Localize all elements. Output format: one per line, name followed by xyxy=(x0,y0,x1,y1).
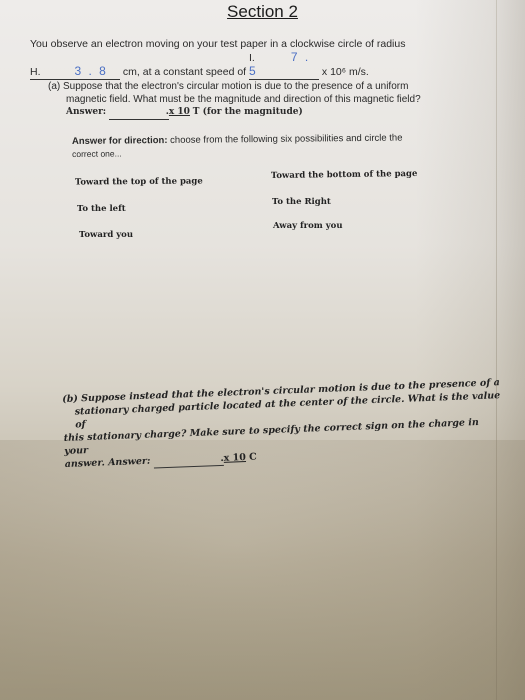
direction-instructions: Answer for direction: choose from the fo… xyxy=(72,131,452,159)
option-right[interactable]: To the Right xyxy=(272,197,331,207)
charge-unit: C xyxy=(249,452,257,463)
part-b-answer-label: answer. Answer: xyxy=(65,456,151,470)
section-title: Section 2 xyxy=(0,2,525,22)
radius-field[interactable]: H.3 . 8 xyxy=(30,65,120,80)
part-a-answer-row: Answer: .x 10 T (for the magnitude) xyxy=(48,106,468,120)
charge-answer-field[interactable]: . xyxy=(153,452,223,469)
direction-text: choose from the following six possibilit… xyxy=(167,133,402,146)
option-toward-top[interactable]: Toward the top of the page xyxy=(75,176,203,187)
answer-label: Answer: xyxy=(66,107,106,117)
speed-value: 7 . 5 xyxy=(249,50,310,78)
radius-label: H. xyxy=(30,66,41,78)
part-a-line1: (a) Suppose that the electron's circular… xyxy=(48,81,468,94)
option-toward-bottom[interactable]: Toward the bottom of the page xyxy=(271,169,417,181)
speed-field[interactable]: I.7 . 5 xyxy=(249,51,319,80)
option-away-from-you[interactable]: Away from you xyxy=(273,221,343,231)
intro-line1: You observe an electron moving on your t… xyxy=(30,38,470,51)
magnitude-answer-field[interactable]: . xyxy=(109,106,169,120)
paper-shadow-bottom xyxy=(0,440,525,700)
magnitude-exponent: x 10 xyxy=(169,107,190,117)
intro-line2: H.3 . 8 cm, at a constant speed of I.7 .… xyxy=(30,51,470,80)
speed-label: I. xyxy=(249,52,255,64)
direction-label: Answer for direction: xyxy=(72,135,168,147)
direction-text2: correct one... xyxy=(72,145,452,159)
paper-edge xyxy=(496,0,497,700)
charge-exponent: x 10 xyxy=(223,452,246,464)
radius-value: 3 . 8 xyxy=(75,64,108,78)
intro-paragraph: You observe an electron moving on your t… xyxy=(30,38,470,80)
part-a: (a) Suppose that the electron's circular… xyxy=(48,81,468,120)
magnitude-unit: T (for the magnitude) xyxy=(193,107,303,117)
speed-unit-text: x 10⁶ m/s. xyxy=(322,66,369,78)
part-a-line2: magnetic field. What must be the magnitu… xyxy=(48,94,468,107)
option-left[interactable]: To the left xyxy=(77,204,126,214)
radius-unit-text: cm, at a constant speed of xyxy=(123,66,246,78)
option-toward-you[interactable]: Toward you xyxy=(79,230,133,240)
part-b: (b) Suppose instead that the electron's … xyxy=(62,376,505,472)
